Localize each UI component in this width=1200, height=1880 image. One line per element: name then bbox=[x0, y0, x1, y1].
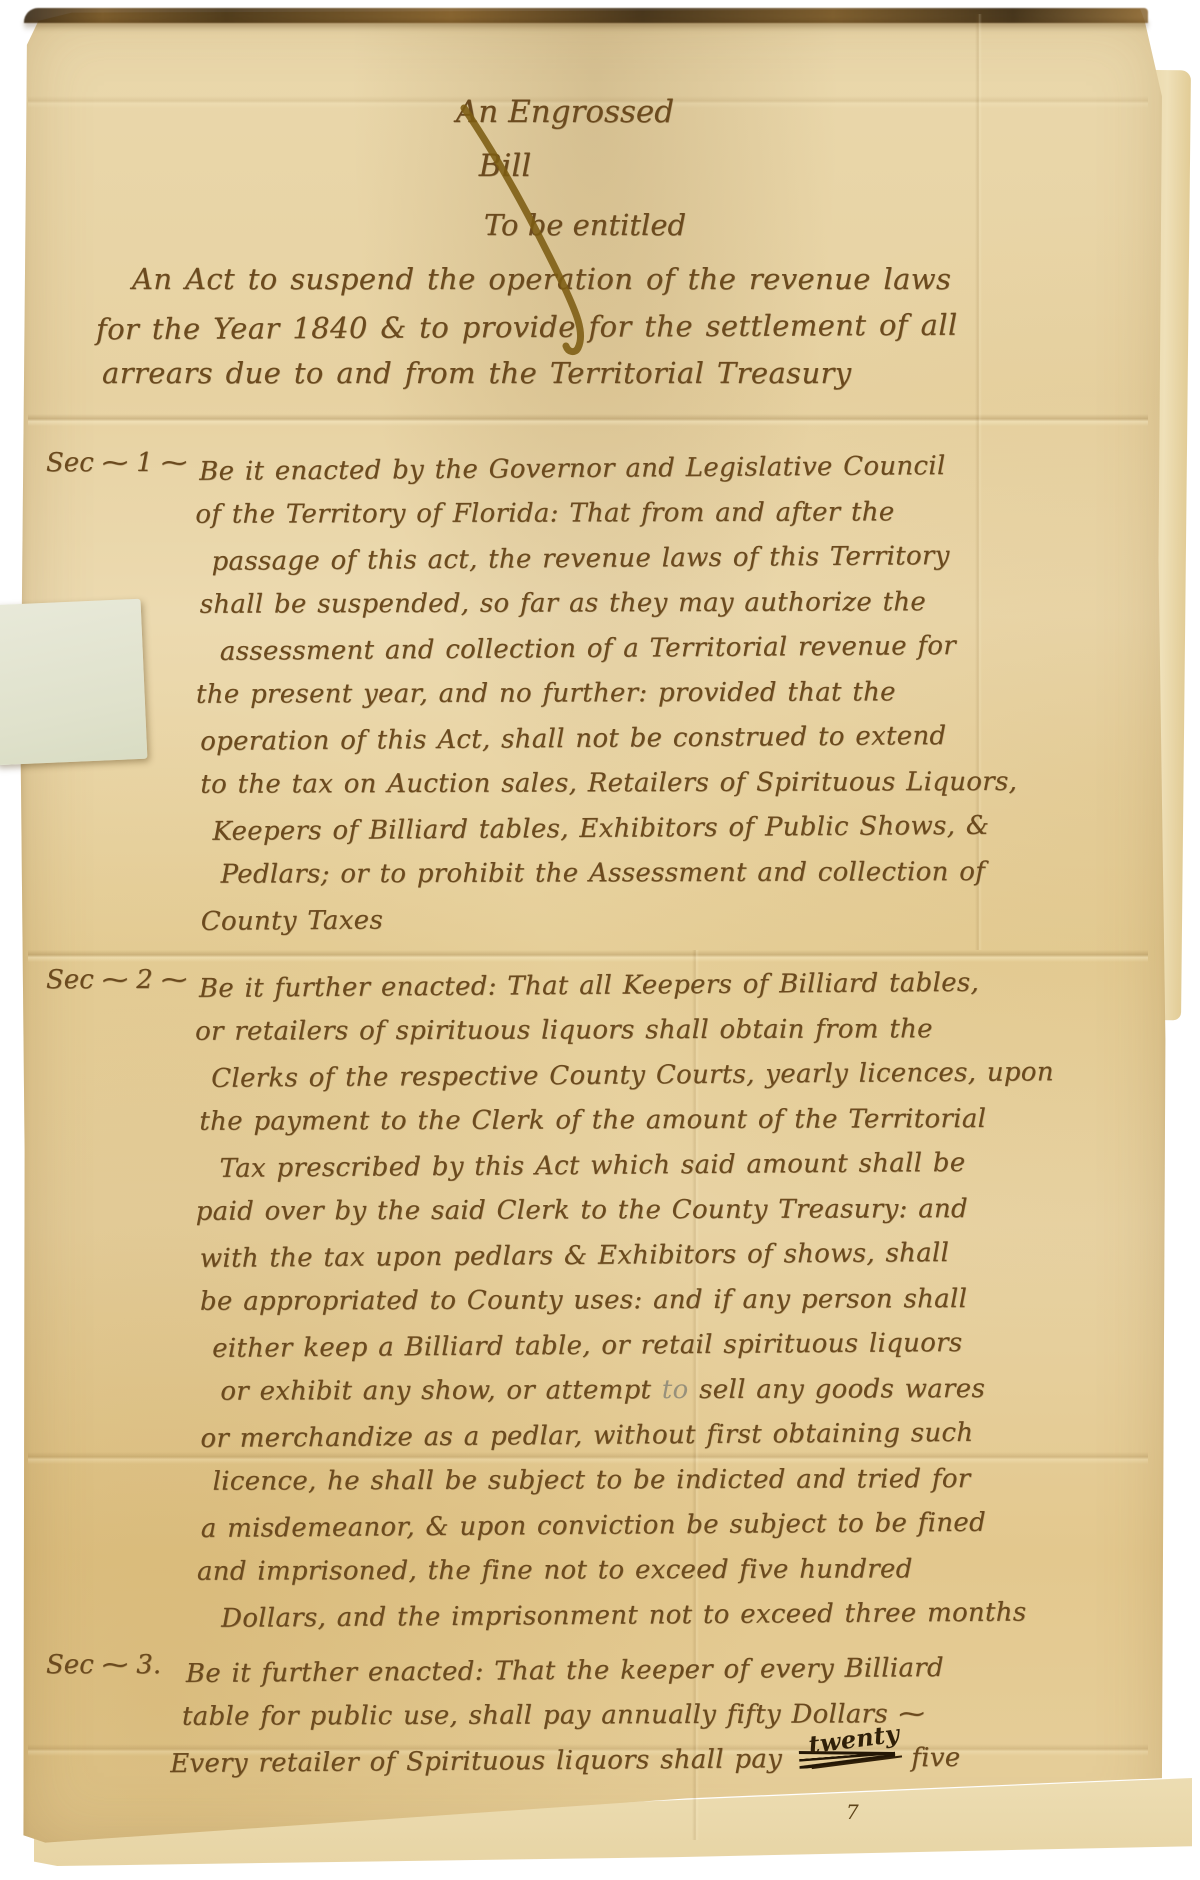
manuscript-line: Clerks of the respective County Courts, … bbox=[211, 1049, 1199, 1102]
manuscript-line: either keep a Billiard table, or retail … bbox=[212, 1319, 1200, 1372]
manuscript-line: the payment to the Clerk of the amount o… bbox=[199, 1096, 1199, 1144]
manuscript-line: licence, he shall be subject to be indic… bbox=[213, 1456, 1200, 1504]
manuscript-line: paid over by the said Clerk to the Count… bbox=[196, 1186, 1200, 1235]
manuscript-line: operation of this Act, shall not be cons… bbox=[200, 712, 1200, 765]
line-text: five bbox=[911, 1743, 960, 1773]
section-label: Sec ⁓ 2 ⁓ bbox=[46, 965, 187, 995]
manuscript-line: Be it further enacted: That the keeper o… bbox=[186, 1644, 1200, 1697]
line-text: sell any goods wares bbox=[699, 1374, 985, 1405]
manuscript-line: Dollars, and the imprisonment not to exc… bbox=[221, 1589, 1200, 1642]
pencil-insertion: to bbox=[662, 1375, 689, 1405]
section-2: Sec ⁓ 2 ⁓ Be it further enacted: That al… bbox=[0, 963, 1200, 1638]
manuscript-line: of the Territory of Florida: That from a… bbox=[195, 489, 1199, 538]
manuscript-line: assessment and collection of a Territori… bbox=[220, 622, 1200, 675]
manuscript-line: Keepers of Billiard tables, Exhibitors o… bbox=[212, 802, 1200, 855]
ink-scribble-strikeout: twenty bbox=[798, 1745, 895, 1769]
manuscript-line: Tax prescribed by this Act which said am… bbox=[219, 1139, 1199, 1192]
manuscript-line: table for public use, shall pay annually… bbox=[182, 1691, 1200, 1740]
section-body: Be it enacted by the Governor and Legisl… bbox=[199, 444, 1200, 942]
scanned-document: An Engrossed Bill To be entitled An Act … bbox=[0, 0, 1200, 1880]
section-1: Sec ⁓ 1 ⁓ Be it enacted by the Governor … bbox=[0, 446, 1200, 941]
manuscript-line: Pedlars; or to prohibit the Assessment a… bbox=[221, 849, 1200, 897]
ink-strike-mark bbox=[436, 100, 626, 370]
manuscript-line: County Taxes bbox=[201, 892, 1200, 945]
manuscript-line: to the tax on Auction sales, Retailers o… bbox=[200, 759, 1200, 807]
manuscript-line: or retailers of spirituous liquors shall… bbox=[195, 1006, 1199, 1055]
manuscript-line: and imprisoned, the fine not to exceed f… bbox=[197, 1546, 1200, 1595]
manuscript-line-with-pencil-insertion: or exhibit any show, or attempt to sell … bbox=[220, 1366, 1200, 1414]
manuscript-line: with the tax upon pedlars & Exhibitors o… bbox=[200, 1229, 1200, 1282]
manuscript-line: passage of this act, the revenue laws of… bbox=[211, 532, 1199, 585]
manuscript-line-with-correction: Every retailer of Spirituous liquors sha… bbox=[170, 1734, 1200, 1787]
section-body: Be it further enacted: That all Keepers … bbox=[199, 961, 1200, 1639]
manuscript-line: Be it enacted by the Governor and Legisl… bbox=[199, 442, 1199, 495]
manuscript-line: the present year, and no further: provid… bbox=[196, 669, 1200, 718]
section-label: Sec ⁓ 1 ⁓ bbox=[46, 448, 187, 478]
page-number: 7 bbox=[846, 1800, 859, 1824]
section-label: Sec ⁓ 3. bbox=[46, 1650, 161, 1680]
section-3: Sec ⁓ 3. Be it further enacted: That the… bbox=[0, 1648, 1200, 1783]
line-text: or exhibit any show, or attempt bbox=[220, 1375, 651, 1407]
line-text: Every retailer of Spirituous liquors sha… bbox=[170, 1744, 782, 1779]
manuscript-line: or merchandize as a pedlar, without firs… bbox=[200, 1409, 1200, 1462]
manuscript-line: shall be suspended, so far as they may a… bbox=[200, 579, 1200, 627]
manuscript-line: a misdemeanor, & upon conviction be subj… bbox=[201, 1499, 1200, 1552]
manuscript-line: Be it further enacted: That all Keepers … bbox=[199, 959, 1199, 1012]
manuscript-line: be appropriated to County uses: and if a… bbox=[200, 1276, 1200, 1324]
